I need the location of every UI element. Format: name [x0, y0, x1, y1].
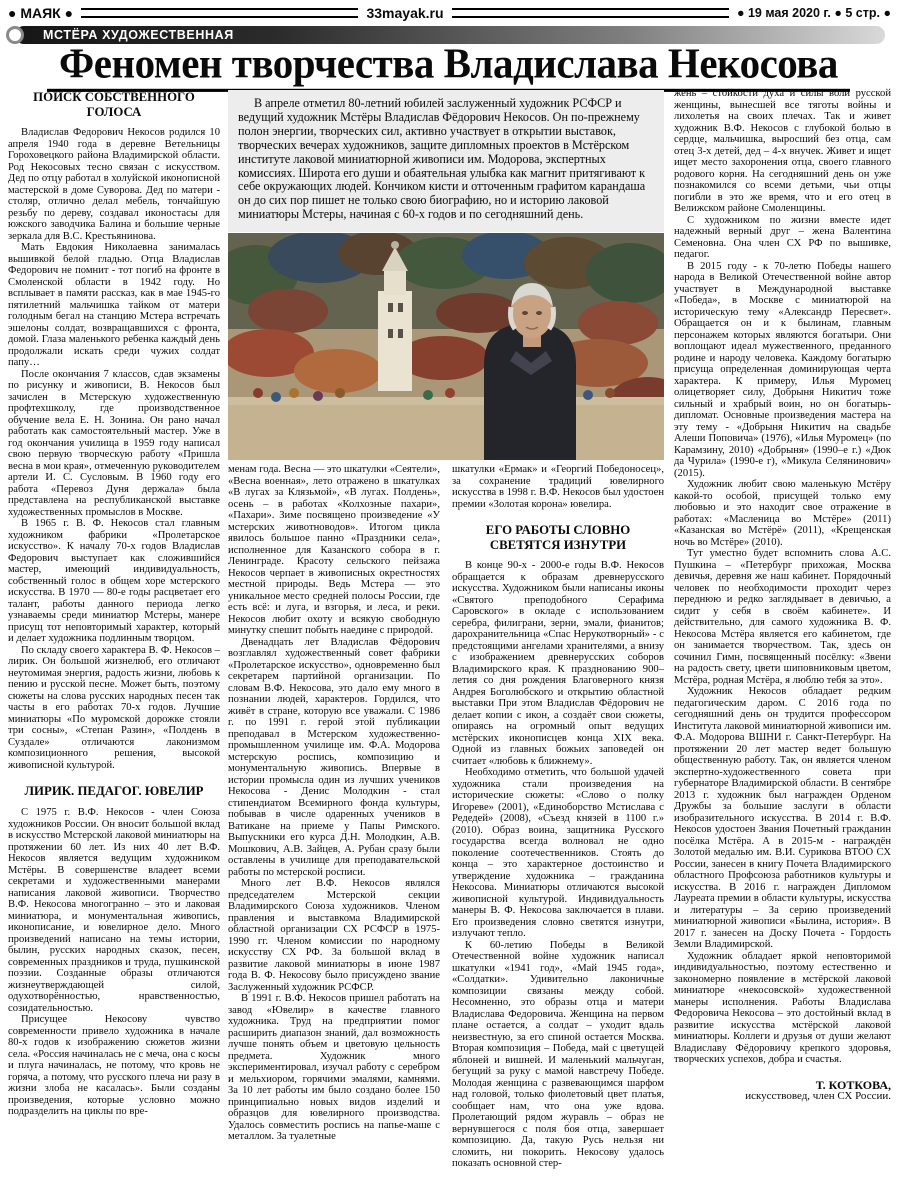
article-paragraph: По складу своего характера В. Ф. Некосов…: [8, 645, 220, 772]
masthead-rule-left: [81, 8, 358, 18]
article-paragraph: После окончания 7 классов, сдав экзамены…: [8, 369, 220, 519]
article-paragraph: В конце 90-х - 2000-е годы В.Ф. Некосов …: [452, 560, 664, 767]
article-paragraph: Художник любит свою маленькую Мстёру как…: [674, 479, 891, 548]
article-column-1: ПОИСК СОБСТВЕННОГО ГОЛОСАВладислав Федор…: [8, 88, 220, 1194]
article-paragraph: В 2015 году - к 70-летю Победы нашего на…: [674, 261, 891, 480]
article-paragraph: С 1975 г. В.Ф. Некосов - член Союза худо…: [8, 807, 220, 1014]
masthead-rule-right: [452, 8, 729, 18]
article-column-3: шкатулки «Ермак» и «Георгий Победоносец»…: [452, 464, 664, 1196]
section-heading: ПОИСК СОБСТВЕННОГО ГОЛОСА: [14, 90, 214, 119]
newspaper-page: ● МАЯК ● 33mayak.ru ● 19 мая 2020 г. ● 5…: [0, 0, 897, 1200]
article-paragraph: Художник обладает яркой неповторимой инд…: [674, 951, 891, 1066]
article-paragraph: В 1965 г. В. Ф. Некосов стал главным худ…: [8, 518, 220, 645]
ring-icon: [6, 26, 24, 44]
site-url: 33mayak.ru: [366, 5, 443, 21]
article-paragraph: Тут уместно будет вспомнить слова А.С. П…: [674, 548, 891, 686]
article-paragraph: Художник Некосов обладает редким педагог…: [674, 686, 891, 951]
article-column-2: менам года. Весна — это шкатулки «Сеятел…: [228, 464, 440, 1196]
article-paragraph: К 60-летию Победы в Великой Отечественно…: [452, 940, 664, 1170]
lead-paragraph-box: В апреле отметил 80-летний юбилей заслуж…: [228, 90, 664, 232]
section-heading: ЛИРИК. ПЕДАГОГ. ЮВЕЛИР: [14, 784, 214, 799]
issue-date-page: ● 19 мая 2020 г. ● 5 стр. ●: [737, 6, 891, 20]
newspaper-brand: ● МАЯК ●: [8, 5, 73, 21]
article-paragraph: В 1991 г. В.Ф. Некосов пришел работать н…: [228, 993, 440, 1143]
masthead: ● МАЯК ● 33mayak.ru ● 19 мая 2020 г. ● 5…: [8, 4, 891, 22]
headline-wrap: Феномен творчества Владислава Некосова: [0, 42, 897, 90]
article-paragraph: шкатулки «Ермак» и «Георгий Победоносец»…: [452, 464, 664, 510]
lead-paragraph: В апреле отметил 80-летний юбилей заслуж…: [238, 97, 654, 222]
article-headline: Феномен творчества Владислава Некосова: [47, 42, 850, 92]
article-paragraph: С художником по жизни вместе идет надежн…: [674, 215, 891, 261]
article-paragraph: Много лет В.Ф. Некосов являлся председат…: [228, 878, 440, 993]
article-paragraph: Мать Евдокия Николаевна занималась вышив…: [8, 242, 220, 369]
section-heading: ЕГО РАБОТЫ СЛОВНО СВЕТЯТСЯ ИЗНУТРИ: [458, 523, 658, 552]
article-paragraph: Владислав Федорович Некосов родился 10 а…: [8, 127, 220, 242]
article-paragraph: Присущее Некосову чувство современности …: [8, 1014, 220, 1118]
article-column-4: жень – стойкости духа и силы воли русско…: [674, 88, 891, 1194]
artist-photo-graphic: [228, 233, 664, 460]
article-paragraph: искусствовед, член СХ России.: [674, 1091, 891, 1103]
article-paragraph: Необходимо отметить, что большой удачей …: [452, 767, 664, 940]
artist-photo: [228, 233, 664, 460]
article-paragraph: менам года. Весна — это шкатулки «Сеятел…: [228, 464, 440, 637]
article-paragraph: жень – стойкости духа и силы воли русско…: [674, 88, 891, 215]
article-paragraph: Двенадцать лет Владислав Фёдорович возгл…: [228, 637, 440, 879]
